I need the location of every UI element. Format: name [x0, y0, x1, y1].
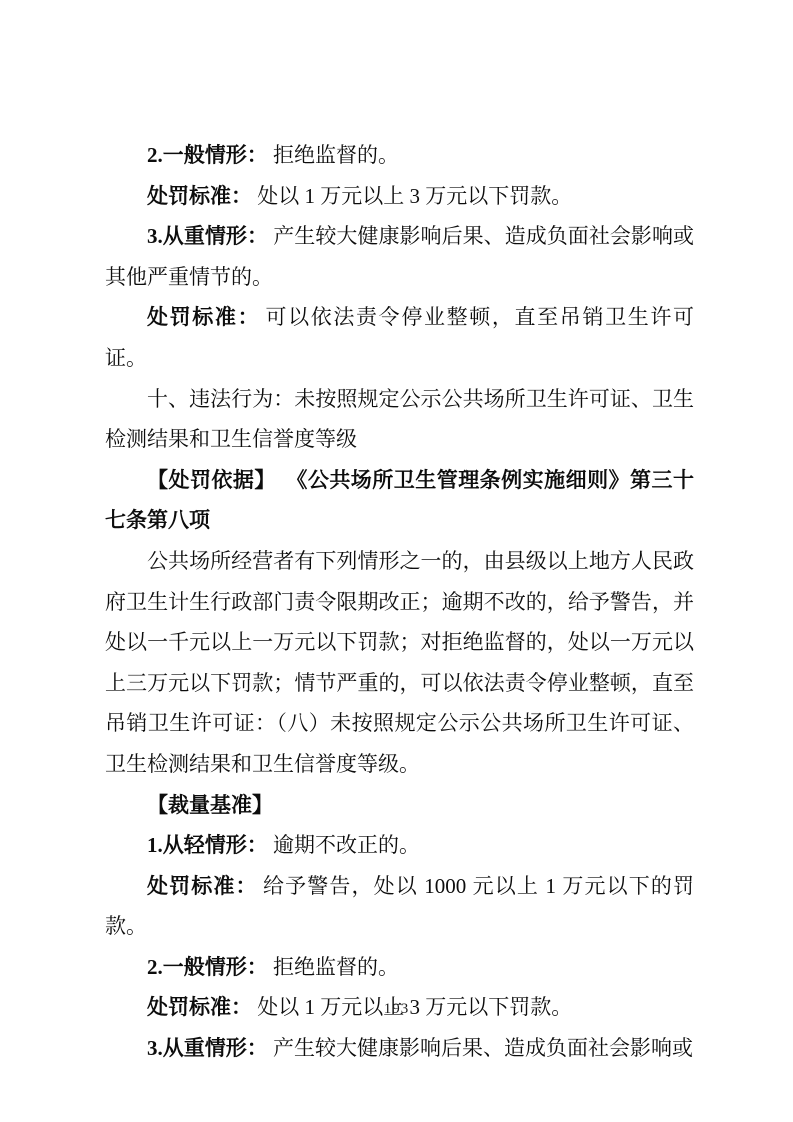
paragraph-label: 3.从重情形：	[147, 1036, 268, 1060]
paragraph: 2.一般情形：拒绝监督的。	[105, 135, 694, 176]
paragraph-label: 2.一般情形：	[147, 143, 268, 167]
section-heading-discretion-benchmark: 【裁量基准】	[105, 785, 694, 826]
paragraph: 1.从轻情形：逾期不改正的。	[105, 825, 694, 866]
paragraph-violation-item: 十、违法行为：未按照规定公示公共场所卫生许可证、卫生检测结果和卫生信誉度等级	[105, 379, 694, 460]
paragraph: 处罚标准：给予警告，处以 1000 元以上 1 万元以下的罚款。	[105, 866, 694, 947]
paragraph: 3.从重情形：产生较大健康影响后果、造成负面社会影响或	[105, 1028, 694, 1069]
paragraph: 处罚标准：处以 1 万元以上 3 万元以下罚款。	[105, 176, 694, 217]
paragraph-label: 处罚标准：	[147, 184, 252, 208]
paragraph-label: 处罚标准：	[147, 305, 260, 329]
paragraph: 2.一般情形：拒绝监督的。	[105, 947, 694, 988]
paragraph: 处罚标准：可以依法责令停业整顿，直至吊销卫生许可证。	[105, 297, 694, 378]
paragraph-label: 2.一般情形：	[147, 955, 268, 979]
paragraph-text: 产生较大健康影响后果、造成负面社会影响或	[273, 1036, 693, 1060]
paragraph-regulation-body: 公共场所经营者有下列情形之一的，由县级以上地方人民政府卫生计生行政部门责令限期改…	[105, 541, 694, 785]
paragraph-text: 拒绝监督的。	[273, 143, 399, 167]
page-number: 193	[0, 1001, 793, 1018]
section-heading-penalty-basis: 【处罚依据】《公共场所卫生管理条例实施细则》第三十七条第八项	[105, 460, 694, 541]
paragraph-label: 3.从重情形：	[147, 224, 268, 248]
paragraph-text: 十、违法行为：未按照规定公示公共场所卫生许可证、卫生检测结果和卫生信誉度等级	[105, 387, 694, 452]
paragraph-text: 处以 1 万元以上 3 万元以下罚款。	[257, 184, 572, 208]
document-page: 2.一般情形：拒绝监督的。 处罚标准：处以 1 万元以上 3 万元以下罚款。 3…	[0, 0, 793, 1122]
paragraph-label: 处罚标准：	[147, 874, 258, 898]
paragraph-label: 1.从轻情形：	[147, 833, 268, 857]
paragraph: 3.从重情形：产生较大健康影响后果、造成负面社会影响或其他严重情节的。	[105, 216, 694, 297]
paragraph-text: 逾期不改正的。	[273, 833, 420, 857]
heading-label: 【裁量基准】	[147, 793, 273, 817]
paragraph-text: 拒绝监督的。	[273, 955, 399, 979]
heading-label: 【处罚依据】	[147, 468, 276, 492]
document-body: 2.一般情形：拒绝监督的。 处罚标准：处以 1 万元以上 3 万元以下罚款。 3…	[105, 135, 694, 1069]
paragraph-text: 公共场所经营者有下列情形之一的，由县级以上地方人民政府卫生计生行政部门责令限期改…	[105, 549, 694, 776]
